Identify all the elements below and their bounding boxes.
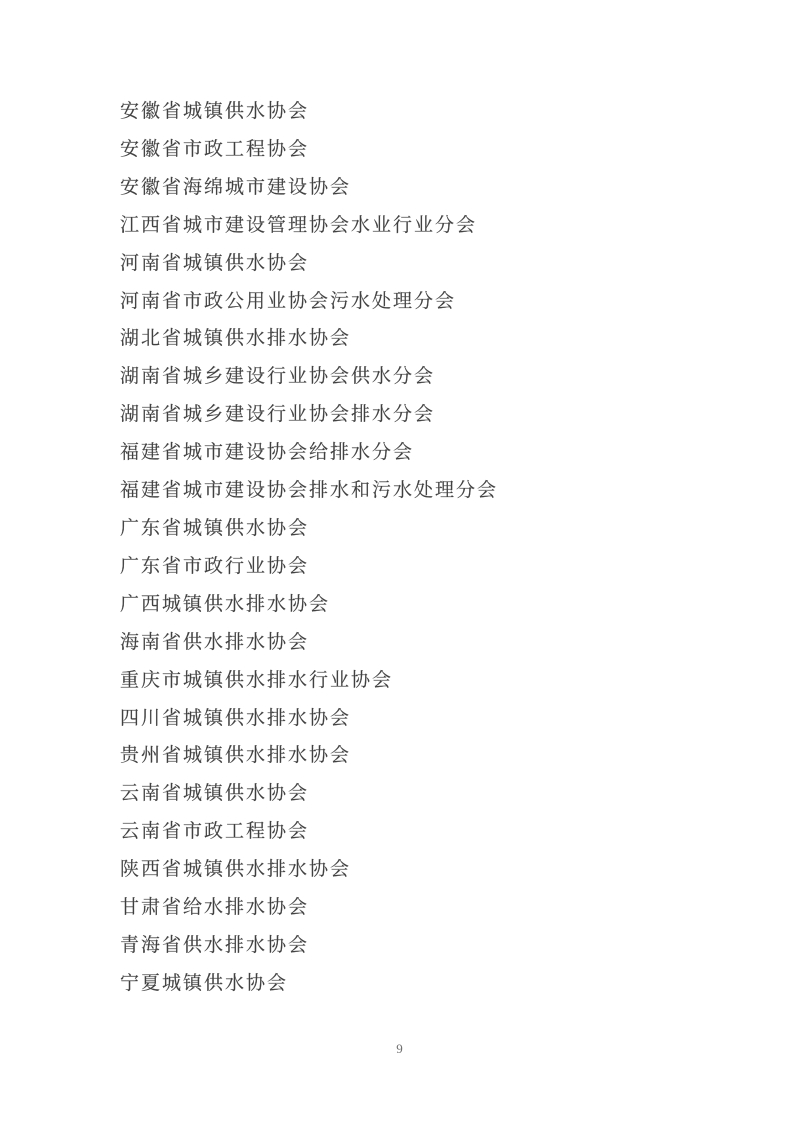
list-item: 安徽省海绵城市建设协会 — [120, 169, 740, 207]
list-item: 湖南省城乡建设行业协会供水分会 — [120, 358, 740, 396]
list-item: 河南省城镇供水协会 — [120, 245, 740, 283]
list-item: 甘肃省给水排水协会 — [120, 889, 740, 927]
list-item: 江西省城市建设管理协会水业行业分会 — [120, 207, 740, 245]
list-item: 云南省市政工程协会 — [120, 813, 740, 851]
list-item: 海南省供水排水协会 — [120, 624, 740, 662]
list-item: 广西城镇供水排水协会 — [120, 586, 740, 624]
list-item: 陕西省城镇供水排水协会 — [120, 851, 740, 889]
list-item: 福建省城市建设协会给排水分会 — [120, 434, 740, 472]
list-item: 湖北省城镇供水排水协会 — [120, 320, 740, 358]
list-item: 安徽省市政工程协会 — [120, 131, 740, 169]
document-page: 安徽省城镇供水协会安徽省市政工程协会安徽省海绵城市建设协会江西省城市建设管理协会… — [0, 0, 800, 1131]
list-item: 四川省城镇供水排水协会 — [120, 700, 740, 738]
list-item: 湖南省城乡建设行业协会排水分会 — [120, 396, 740, 434]
list-item: 云南省城镇供水协会 — [120, 775, 740, 813]
organization-list: 安徽省城镇供水协会安徽省市政工程协会安徽省海绵城市建设协会江西省城市建设管理协会… — [120, 93, 740, 1003]
list-item: 安徽省城镇供水协会 — [120, 93, 740, 131]
list-item: 宁夏城镇供水协会 — [120, 965, 740, 1003]
list-item: 广东省城镇供水协会 — [120, 510, 740, 548]
list-item: 河南省市政公用业协会污水处理分会 — [120, 283, 740, 321]
page-number: 9 — [0, 1041, 800, 1057]
list-item: 贵州省城镇供水排水协会 — [120, 737, 740, 775]
list-item: 福建省城市建设协会排水和污水处理分会 — [120, 472, 740, 510]
list-item: 广东省市政行业协会 — [120, 548, 740, 586]
list-item: 重庆市城镇供水排水行业协会 — [120, 662, 740, 700]
list-item: 青海省供水排水协会 — [120, 927, 740, 965]
